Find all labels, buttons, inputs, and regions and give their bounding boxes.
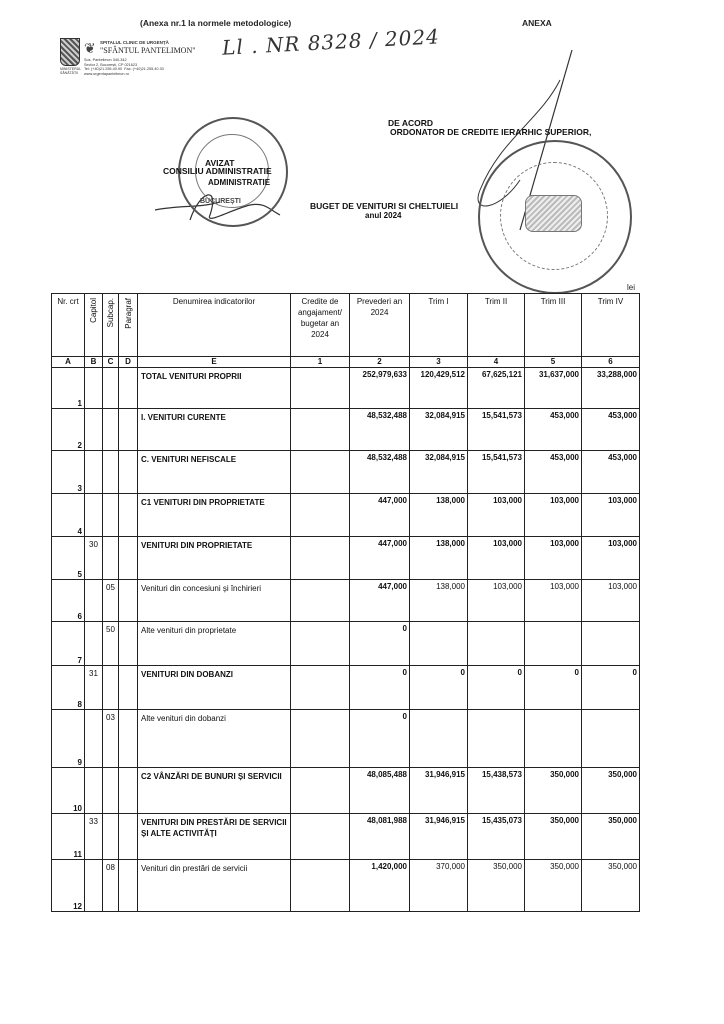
code-d: D [119,357,138,368]
table-row: 2I. VENITURI CURENTE48,532,48832,084,915… [52,409,640,451]
row-trim4: 103,000 [582,494,640,537]
row-capitol [85,409,103,451]
row-trim2: 15,541,573 [468,409,525,451]
row-indicator-name: C1 VENITURI DIN PROPRIETATE [138,494,291,537]
row-trim3: 103,000 [525,494,582,537]
row-subcap [103,666,119,710]
col-capitol-label: Capitol [88,298,99,323]
row-trim2: 15,435,073 [468,814,525,860]
row-credite [291,814,350,860]
row-prevederi: 447,000 [350,494,410,537]
row-trim4: 103,000 [582,580,640,622]
row-indicator-name: VENITURI DIN PROPRIETATE [138,537,291,580]
ordonator-label: ORDONATOR DE CREDITE IERARHIC SUPERIOR, [390,127,591,137]
row-credite [291,368,350,409]
row-subcap: 08 [103,860,119,912]
row-prevederi: 447,000 [350,537,410,580]
row-number: 3 [52,451,85,494]
coat-of-arms-icon [60,38,80,66]
row-subcap: 50 [103,622,119,666]
row-capitol [85,368,103,409]
col-subcap-label: Subcap. [105,298,116,327]
crest-caption: MINISTERUL SĂNĂTĂȚII [60,67,80,75]
row-capitol [85,580,103,622]
institution-logo-block: MINISTERUL SĂNĂTĂȚII ❦ SPITALUL CLINIC D… [60,38,210,90]
row-paragraf [119,409,138,451]
row-prevederi: 0 [350,622,410,666]
row-trim3: 31,637,000 [525,368,582,409]
row-prevederi: 0 [350,710,410,768]
row-trim1: 31,946,915 [410,814,468,860]
row-subcap [103,537,119,580]
col-prevederi: Prevederi an 2024 [350,294,410,357]
row-trim3: 103,000 [525,580,582,622]
row-capitol [85,451,103,494]
currency-unit: lei [627,283,635,292]
row-subcap [103,451,119,494]
row-trim3: 453,000 [525,409,582,451]
row-trim2: 0 [468,666,525,710]
row-trim3: 350,000 [525,860,582,912]
row-trim4 [582,622,640,666]
col-capitol: Capitol [85,294,103,357]
row-trim2: 15,541,573 [468,451,525,494]
code-3: 3 [410,357,468,368]
table-header-row: Nr. crt Capitol Subcap. Paragraf Denumir… [52,294,640,357]
row-credite [291,537,350,580]
hospital-name-line2: "SFÂNTUL PANTELIMON" [100,46,196,55]
row-indicator-name: Venituri din concesiuni și închirieri [138,580,291,622]
row-credite [291,409,350,451]
row-indicator-name: Alte venituri din proprietate [138,622,291,666]
table-row: 3C. VENITURI NEFISCALE48,532,48832,084,9… [52,451,640,494]
table-row: 1133VENITURI DIN PRESTĂRI DE SERVICII ȘI… [52,814,640,860]
row-trim1: 370,000 [410,860,468,912]
row-number: 2 [52,409,85,451]
row-trim4: 453,000 [582,409,640,451]
code-1: 1 [291,357,350,368]
row-trim1: 32,084,915 [410,409,468,451]
row-trim4: 350,000 [582,860,640,912]
row-trim3: 350,000 [525,814,582,860]
row-trim2: 15,438,573 [468,768,525,814]
code-2: 2 [350,357,410,368]
row-trim1 [410,622,468,666]
budget-table: Nr. crt Capitol Subcap. Paragraf Denumir… [51,293,640,912]
code-4: 4 [468,357,525,368]
row-trim2: 103,000 [468,580,525,622]
registration-number-handwritten: Ll . NR 8328 / 2024 [222,24,441,59]
row-capitol [85,622,103,666]
hospital-heart-logo-icon: ❦ [84,40,96,57]
row-paragraf [119,666,138,710]
row-trim4: 0 [582,666,640,710]
row-trim3: 103,000 [525,537,582,580]
row-indicator-name: I. VENITURI CURENTE [138,409,291,451]
row-indicator-name: VENITURI DIN PRESTĂRI DE SERVICII ȘI ALT… [138,814,291,860]
row-trim1: 32,084,915 [410,451,468,494]
row-capitol [85,494,103,537]
row-subcap [103,409,119,451]
row-paragraf [119,537,138,580]
table-row: 831VENITURI DIN DOBANZI00000 [52,666,640,710]
row-prevederi: 48,532,488 [350,451,410,494]
row-subcap [103,494,119,537]
row-trim4: 350,000 [582,814,640,860]
col-trim1: Trim I [410,294,468,357]
table-row: 530VENITURI DIN PROPRIETATE447,000138,00… [52,537,640,580]
row-trim3: 350,000 [525,768,582,814]
row-number: 4 [52,494,85,537]
col-trim2: Trim II [468,294,525,357]
row-paragraf [119,368,138,409]
row-prevederi: 48,085,488 [350,768,410,814]
row-prevederi: 48,081,988 [350,814,410,860]
row-number: 10 [52,768,85,814]
code-c: C [103,357,119,368]
row-credite [291,666,350,710]
hospital-name-line1: SPITALUL CLINIC DE URGENȚĂ [100,40,169,45]
col-nr-crt: Nr. crt [52,294,85,357]
row-capitol: 30 [85,537,103,580]
row-credite [291,622,350,666]
row-number: 5 [52,537,85,580]
row-paragraf [119,494,138,537]
row-trim1 [410,710,468,768]
row-subcap [103,814,119,860]
row-credite [291,768,350,814]
row-trim1: 120,429,512 [410,368,468,409]
table-row: 605Venituri din concesiuni și închirieri… [52,580,640,622]
row-subcap [103,368,119,409]
row-credite [291,580,350,622]
col-subcap: Subcap. [103,294,119,357]
row-trim3: 453,000 [525,451,582,494]
row-paragraf [119,451,138,494]
row-capitol [85,710,103,768]
row-trim4: 33,288,000 [582,368,640,409]
row-credite [291,494,350,537]
column-code-row: A B C D E 1 2 3 4 5 6 [52,357,640,368]
row-prevederi: 447,000 [350,580,410,622]
row-subcap: 05 [103,580,119,622]
document-title: BUGET DE VENITURI SI CHELTUIELI [310,201,458,211]
row-prevederi: 252,979,633 [350,368,410,409]
administratie-label: ADMINISTRATIE [208,178,270,187]
row-paragraf [119,768,138,814]
col-denumire: Denumirea indicatorilor [138,294,291,357]
row-paragraf [119,710,138,768]
row-trim2 [468,710,525,768]
consiliu-label: CONSILIU ADMINISTRATIE [163,166,272,176]
row-trim3: 0 [525,666,582,710]
row-trim1: 0 [410,666,468,710]
code-5: 5 [525,357,582,368]
code-e: E [138,357,291,368]
table-row: 1TOTAL VENITURI PROPRII252,979,633120,42… [52,368,640,409]
anexa-label: ANEXA [522,18,552,28]
table-row: 903Alte venituri din dobanzi0 [52,710,640,768]
table-row: 10C2 VÂNZĂRI DE BUNURI ȘI SERVICII48,085… [52,768,640,814]
row-prevederi: 48,532,488 [350,409,410,451]
row-credite [291,860,350,912]
row-trim2: 103,000 [468,537,525,580]
row-indicator-name: Alte venituri din dobanzi [138,710,291,768]
row-trim1: 138,000 [410,494,468,537]
ministry-emblem-icon [525,195,582,232]
code-a: A [52,357,85,368]
row-number: 1 [52,368,85,409]
row-trim1: 31,946,915 [410,768,468,814]
row-trim2: 350,000 [468,860,525,912]
hospital-address: Șos. Pantelimon 340-342 Sector 2, Bucure… [84,58,164,76]
code-6: 6 [582,357,640,368]
row-paragraf [119,860,138,912]
col-trim4: Trim IV [582,294,640,357]
row-number: 6 [52,580,85,622]
row-indicator-name: TOTAL VENITURI PROPRII [138,368,291,409]
row-indicator-name: VENITURI DIN DOBANZI [138,666,291,710]
annex-note: (Anexa nr.1 la normele metodologice) [140,18,291,28]
col-credite: Credite de angajament/ bugetar an 2024 [291,294,350,357]
col-paragraf-label: Paragraf [123,298,134,329]
row-capitol: 33 [85,814,103,860]
row-capitol [85,768,103,814]
row-trim3 [525,622,582,666]
row-subcap [103,768,119,814]
row-paragraf [119,580,138,622]
row-trim4: 103,000 [582,537,640,580]
table-row: 4C1 VENITURI DIN PROPRIETATE447,000138,0… [52,494,640,537]
row-prevederi: 1,420,000 [350,860,410,912]
row-credite [291,710,350,768]
col-trim3: Trim III [525,294,582,357]
row-trim1: 138,000 [410,580,468,622]
row-indicator-name: C. VENITURI NEFISCALE [138,451,291,494]
row-number: 11 [52,814,85,860]
row-capitol [85,860,103,912]
row-trim2: 67,625,121 [468,368,525,409]
stamp-city: BUCUREȘTI [200,198,241,205]
row-subcap: 03 [103,710,119,768]
row-trim4: 453,000 [582,451,640,494]
row-number: 9 [52,710,85,768]
row-trim2 [468,622,525,666]
row-number: 8 [52,666,85,710]
row-trim3 [525,710,582,768]
row-trim1: 138,000 [410,537,468,580]
row-paragraf [119,622,138,666]
row-number: 12 [52,860,85,912]
row-trim4 [582,710,640,768]
table-row: 750Alte venituri din proprietate0 [52,622,640,666]
row-indicator-name: Venituri din prestări de servicii [138,860,291,912]
row-number: 7 [52,622,85,666]
table-row: 1208Venituri din prestări de servicii1,4… [52,860,640,912]
code-b: B [85,357,103,368]
row-indicator-name: C2 VÂNZĂRI DE BUNURI ȘI SERVICII [138,768,291,814]
row-trim4: 350,000 [582,768,640,814]
row-trim2: 103,000 [468,494,525,537]
table-body: 1TOTAL VENITURI PROPRII252,979,633120,42… [52,368,640,912]
col-paragraf: Paragraf [119,294,138,357]
row-capitol: 31 [85,666,103,710]
row-credite [291,451,350,494]
document-year: anul 2024 [365,211,401,220]
row-prevederi: 0 [350,666,410,710]
row-paragraf [119,814,138,860]
